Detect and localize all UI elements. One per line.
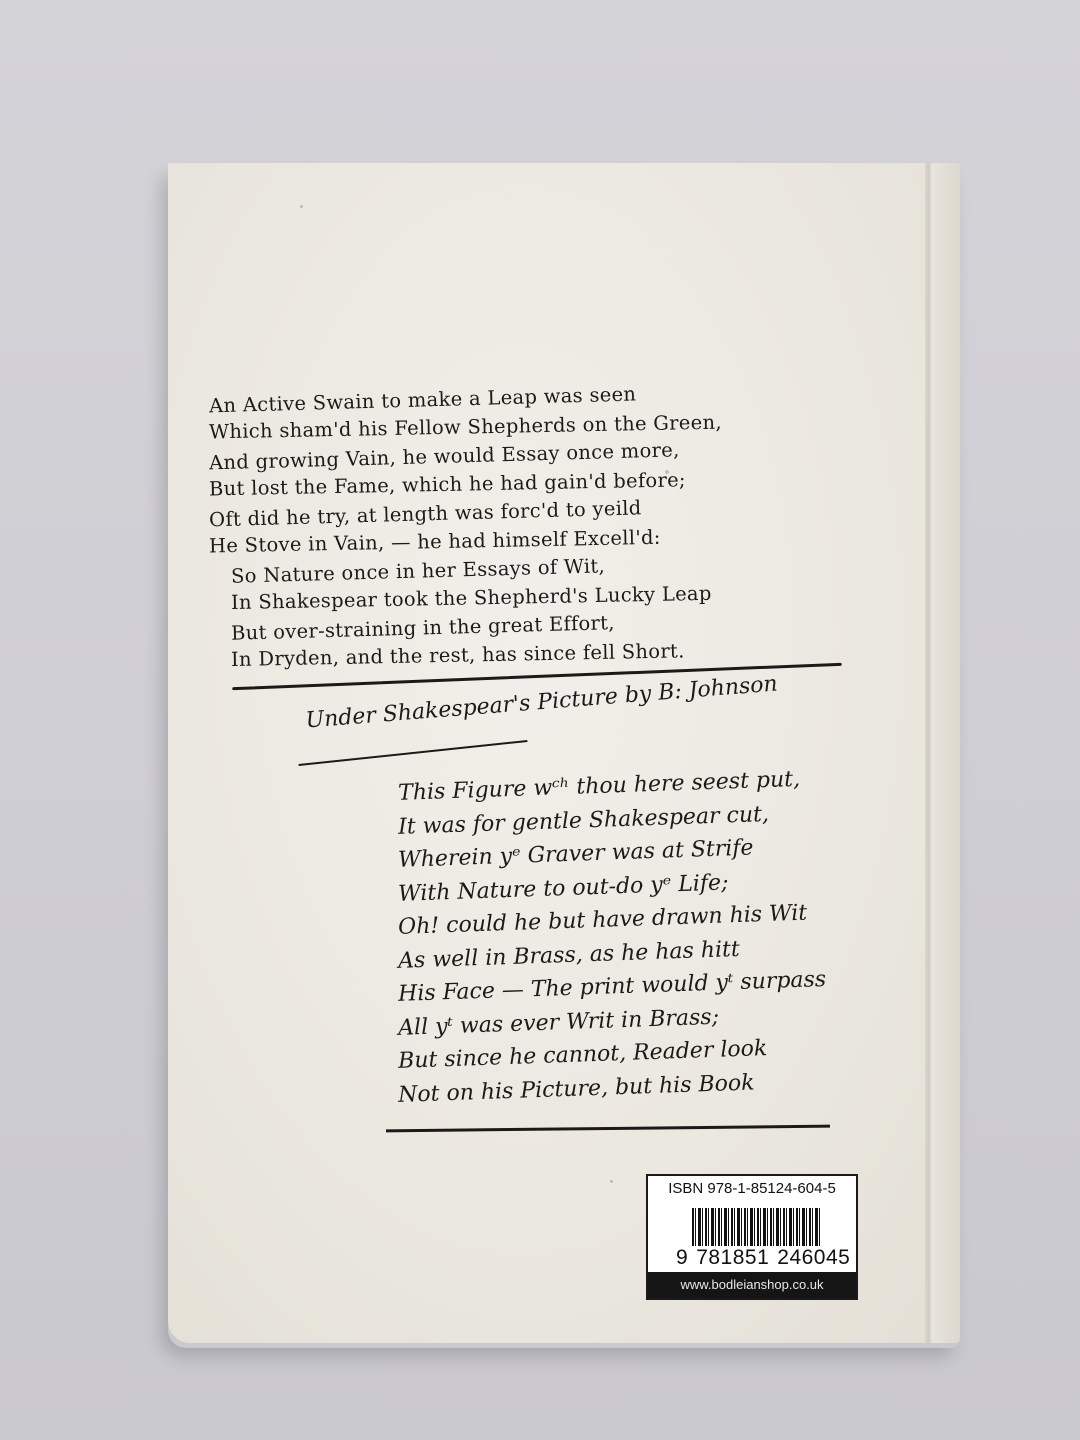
isbn-number: ISBN 978-1-85124-604-5	[648, 1180, 856, 1197]
spine-hinge	[925, 163, 932, 1343]
cover-speck	[610, 1180, 613, 1183]
handwritten-verse-leap: An Active Swain to make a Leap was seen …	[205, 383, 885, 668]
barcode-digits: 9781851246045	[674, 1246, 852, 1270]
book-back-cover	[168, 163, 960, 1343]
barcode-digit-group: 781851	[696, 1246, 769, 1269]
barcode-digit-group: 246045	[777, 1246, 850, 1269]
book-spine-edge	[932, 163, 960, 1343]
handwritten-verse-johnson: This Figure wᶜʰ thou here seest put, It …	[398, 765, 1078, 1100]
cover-speck	[300, 205, 303, 208]
isbn-barcode-label: ISBN 978-1-85124-604-5 9781851246045 www…	[646, 1174, 858, 1300]
barcode-digit-lead: 9	[676, 1246, 688, 1269]
publisher-url: www.bodleianshop.co.uk	[648, 1272, 856, 1298]
